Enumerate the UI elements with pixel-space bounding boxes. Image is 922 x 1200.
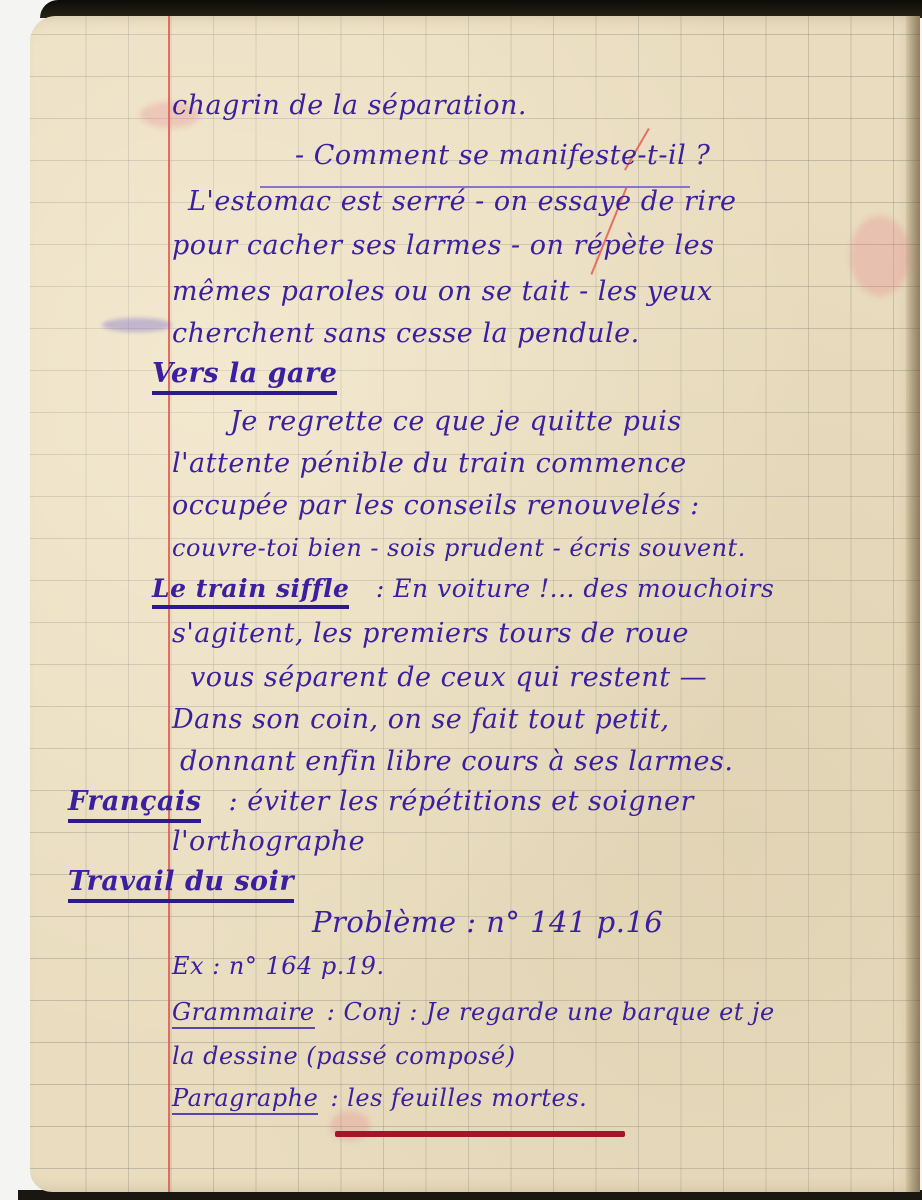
label-grammaire: Grammaire — [172, 998, 315, 1029]
text-line: L'estomac est serré - on essaye de rire — [188, 188, 736, 215]
text-line: l'orthographe — [172, 828, 365, 855]
text-line: cherchent sans cesse la pendule. — [172, 320, 640, 347]
text-line: pour cacher ses larmes - on répète les — [172, 232, 715, 259]
section-heading-francais: Français — [68, 786, 201, 823]
notebook-scan: chagrin de la séparation. - Comment se m… — [0, 0, 922, 1200]
text-line: Dans son coin, on se fait tout petit, — [172, 706, 670, 733]
subtitle-line: - Comment se manifeste-t-il ? — [295, 142, 710, 169]
red-ink-smudge — [850, 216, 910, 296]
label-paragraphe: Paragraphe — [172, 1084, 318, 1115]
text-line: l'attente pénible du train commence — [172, 450, 687, 477]
text-line: s'agitent, les premiers tours de roue — [172, 620, 689, 647]
red-end-rule — [335, 1131, 625, 1137]
text-line: occupée par les conseils renouvelés : — [172, 492, 700, 519]
text-line-suffix: : éviter les répétitions et soigner — [229, 786, 694, 817]
page-edge-shading — [906, 16, 920, 1192]
text-line-suffix: : En voiture !... des mouchoirs — [376, 574, 774, 603]
ink-smudge — [102, 318, 172, 332]
section-heading-travail-du-soir: Travail du soir — [68, 866, 294, 903]
text-line: couvre-toi bien - sois prudent - écris s… — [172, 536, 746, 560]
section-heading-vers-la-gare: Vers la gare — [152, 358, 337, 395]
text-line-suffix: : Conj : Je regarde une barque et je — [327, 998, 775, 1026]
text-line: vous séparent de ceux qui restent — — [190, 664, 707, 691]
text-line: mêmes paroles ou on se tait - les yeux — [172, 278, 713, 305]
text-line: chagrin de la séparation. — [172, 92, 527, 119]
section-heading-le-train-siffle: Le train siffle — [152, 574, 349, 609]
text-line: Ex : n° 164 p.19. — [172, 954, 385, 978]
text-line: donnant enfin libre cours à ses larmes. — [180, 748, 733, 775]
text-line: la dessine (passé composé) — [172, 1044, 516, 1068]
notebook-page: chagrin de la séparation. - Comment se m… — [30, 16, 920, 1192]
text-line-suffix: : les feuilles mortes. — [330, 1084, 587, 1112]
text-line: Problème : n° 141 p.16 — [312, 908, 663, 937]
text-line: Je regrette ce que je quitte puis — [230, 408, 682, 435]
